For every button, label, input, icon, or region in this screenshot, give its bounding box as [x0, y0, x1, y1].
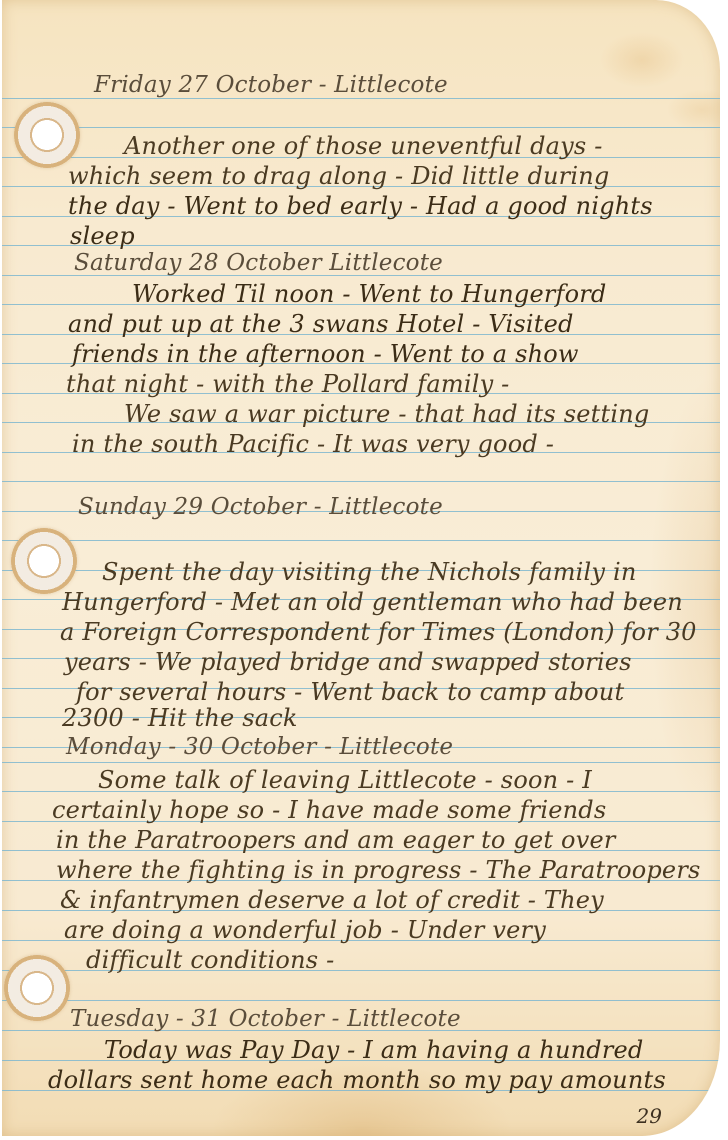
entry-line: where the fighting is in progress - The …	[56, 856, 701, 884]
binder-hole-ring-icon	[4, 955, 70, 1021]
page-number: 29	[637, 1104, 662, 1128]
entry-line: which seem to drag along - Did little du…	[68, 162, 609, 190]
entry-line: dollars sent home each month so my pay a…	[48, 1066, 666, 1094]
rule-line	[2, 98, 720, 99]
entry-line: a Foreign Correspondent for Times (Londo…	[60, 618, 697, 646]
entry-line: & infantrymen deserve a lot of credit - …	[60, 886, 604, 914]
entry-heading: Monday - 30 October - Littlecote	[66, 734, 453, 760]
entry-line: years - We played bridge and swapped sto…	[64, 648, 632, 676]
binder-hole-ring-icon	[14, 102, 80, 168]
entry-line: sleep	[70, 222, 135, 250]
entry-line: the day - Went to bed early - Had a good…	[68, 192, 653, 220]
entry-line: difficult conditions -	[86, 946, 334, 974]
entry-line: friends in the afternoon - Went to a sho…	[72, 340, 579, 368]
entry-line: We saw a war picture - that had its sett…	[124, 400, 649, 428]
entry-heading: Friday 27 October - Littlecote	[94, 72, 448, 98]
diary-page: Friday 27 October - Littlecote Another o…	[2, 0, 720, 1136]
entry-line: for several hours - Went back to camp ab…	[76, 678, 624, 706]
entry-line: in the south Pacific - It was very good …	[72, 430, 554, 458]
entry-line: Spent the day visiting the Nichols famil…	[102, 558, 637, 586]
entry-line: Today was Pay Day - I am having a hundre…	[104, 1036, 643, 1064]
rule-line	[2, 127, 720, 128]
entry-line: in the Paratroopers and am eager to get …	[56, 826, 616, 854]
rule-line	[2, 762, 720, 763]
entry-line: 2300 - Hit the sack	[62, 704, 298, 732]
entry-heading: Sunday 29 October - Littlecote	[78, 494, 443, 520]
binder-hole-ring-icon	[11, 528, 77, 594]
rule-line	[2, 481, 720, 482]
entry-line: and put up at the 3 swans Hotel - Visite…	[68, 310, 574, 338]
entry-line: are doing a wonderful job - Under very	[64, 916, 546, 944]
rule-line	[2, 1000, 720, 1001]
entry-line: Hungerford - Met an old gentleman who ha…	[62, 588, 683, 616]
rule-line	[2, 540, 720, 541]
entry-heading: Tuesday - 31 October - Littlecote	[70, 1006, 461, 1032]
entry-heading: Saturday 28 October Littlecote	[74, 250, 443, 276]
entry-line: that night - with the Pollard family -	[66, 370, 509, 398]
entry-line: Some talk of leaving Littlecote - soon -…	[98, 766, 592, 794]
entry-line: Worked Til noon - Went to Hungerford	[132, 280, 607, 308]
entry-line: certainly hope so - I have made some fri…	[52, 796, 606, 824]
entry-line: Another one of those uneventful days -	[124, 132, 603, 160]
